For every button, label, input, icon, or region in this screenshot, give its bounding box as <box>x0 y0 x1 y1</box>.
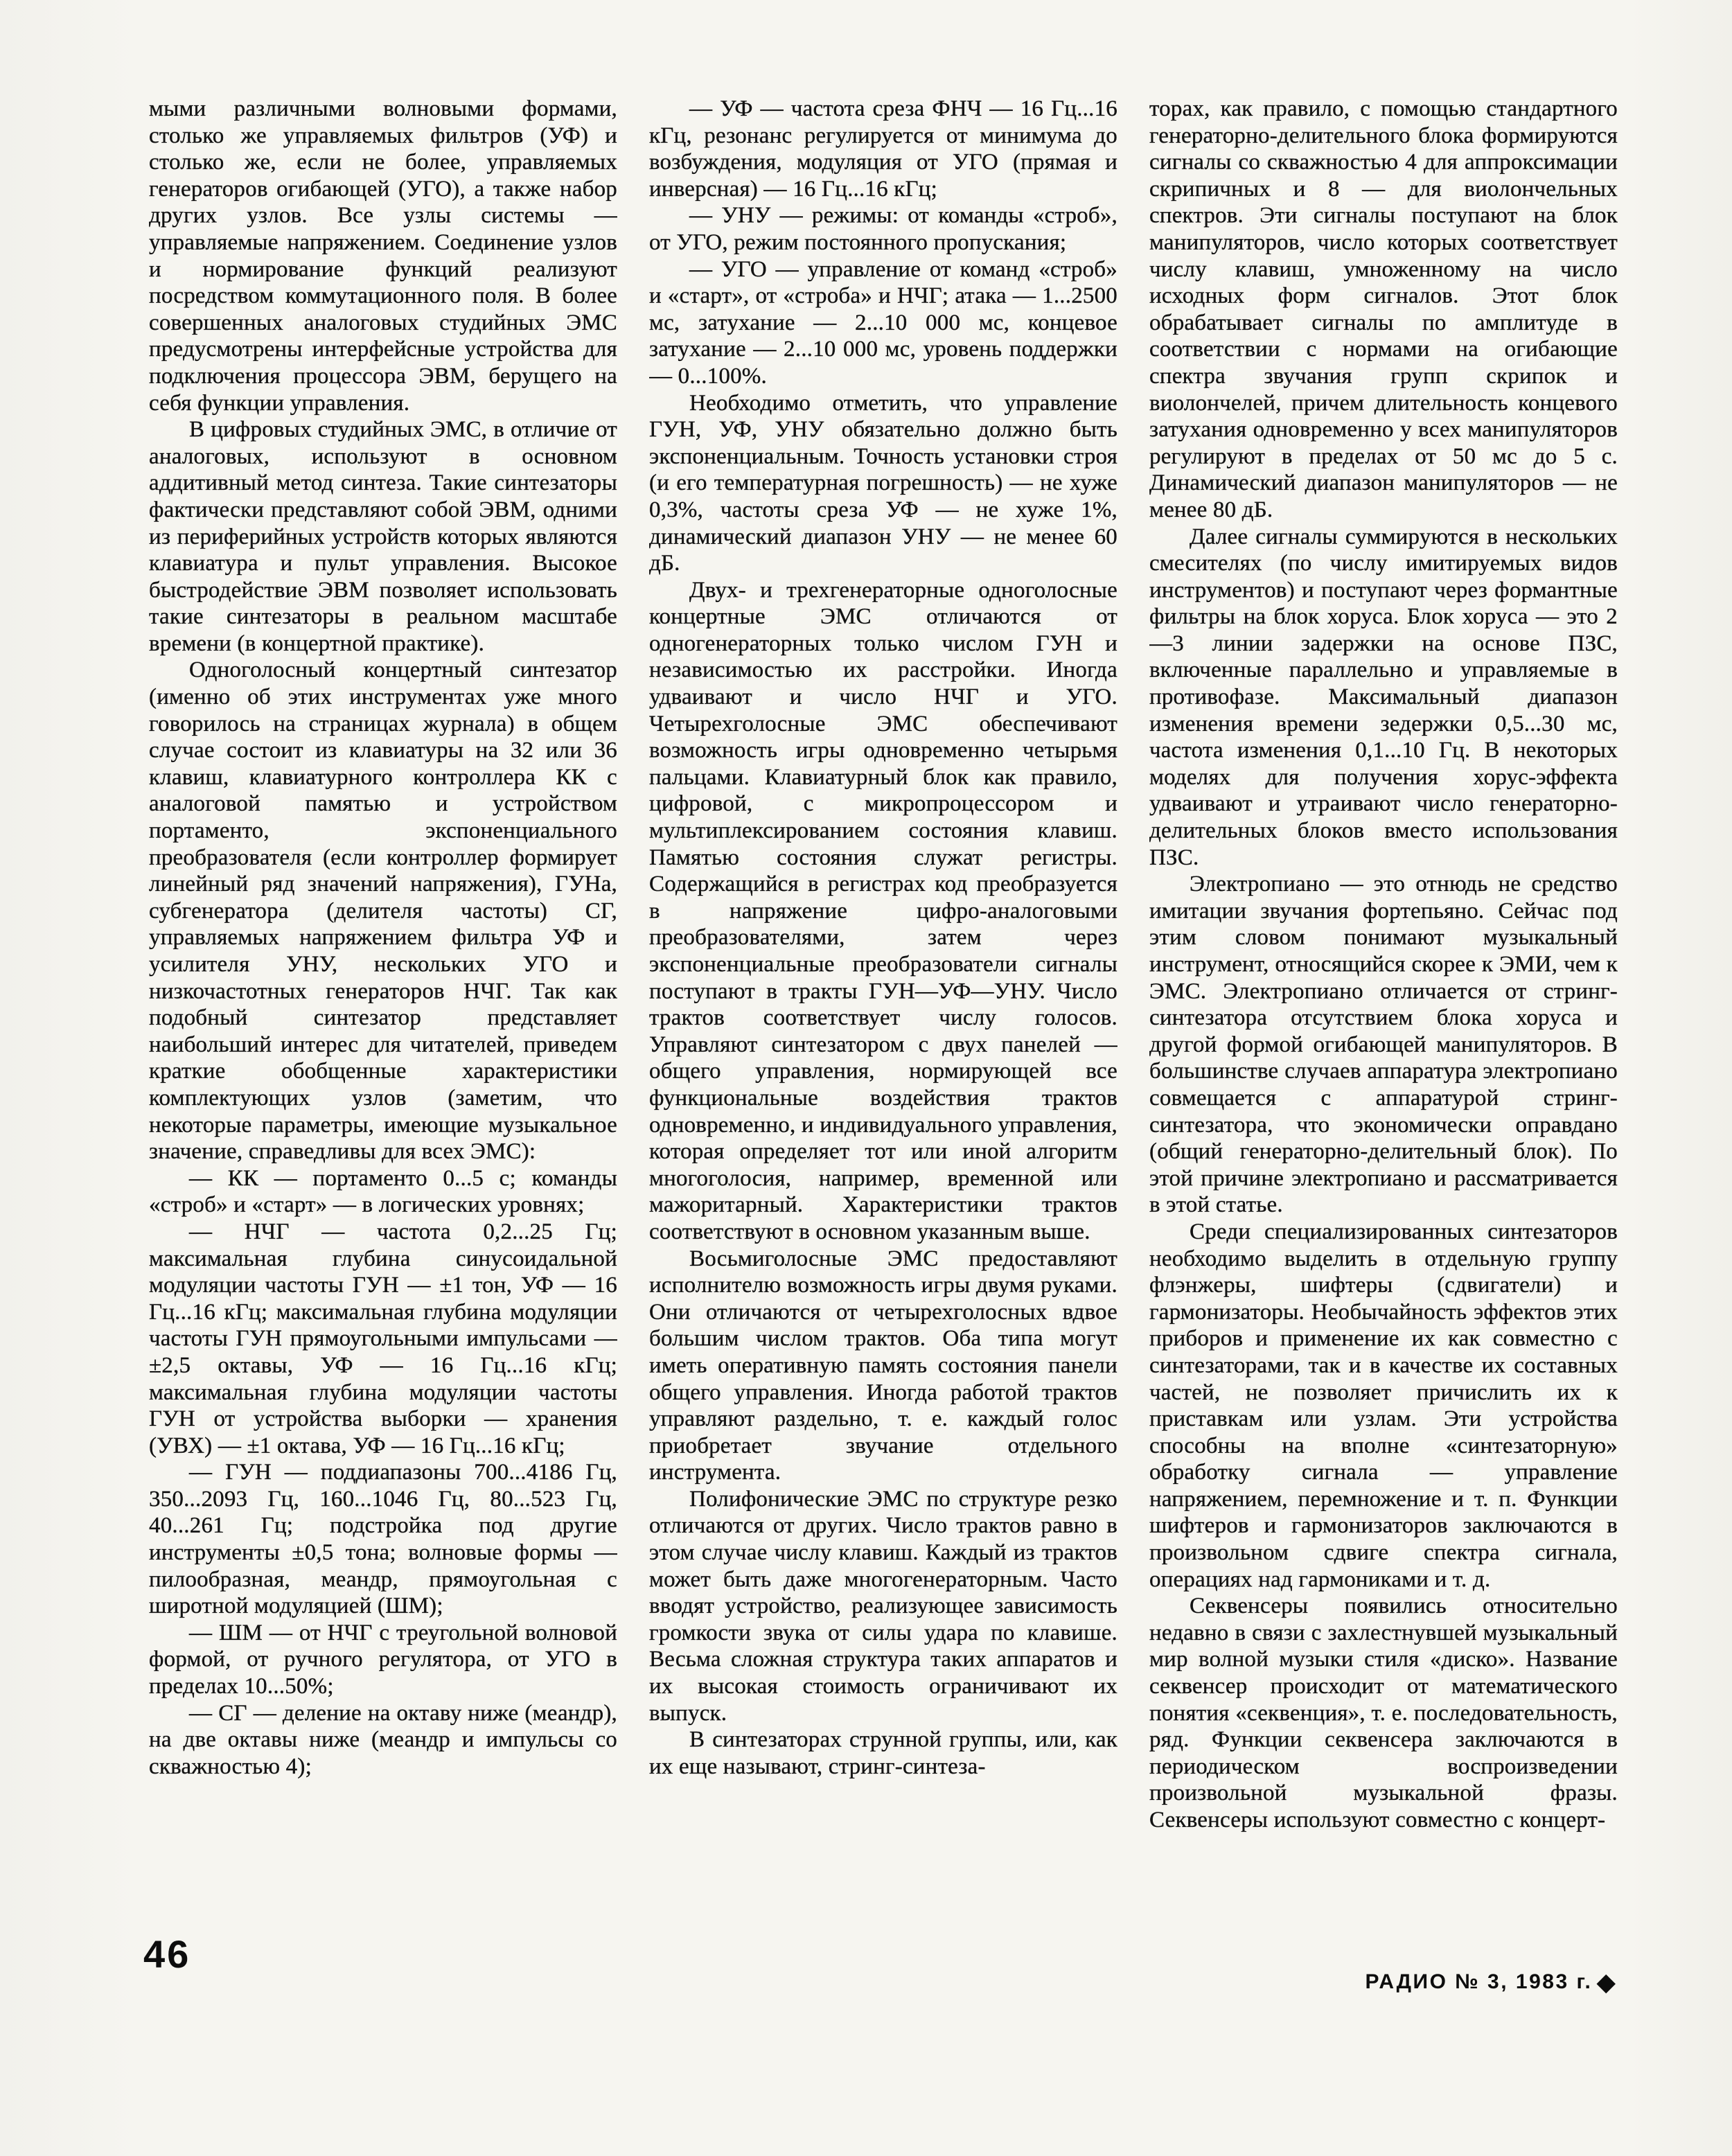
paragraph: Секвенсеры появились относительно недавн… <box>1149 1593 1618 1833</box>
article-columns: мыми различными волновыми формами, столь… <box>149 96 1618 1876</box>
paragraph: Одноголосный концертный синтезатор (имен… <box>149 657 617 1165</box>
column-1: мыми различными волновыми формами, столь… <box>149 96 617 1876</box>
journal-issue-label: РАДИО № 3, 1983 г. <box>1366 1970 1593 1993</box>
list-item-ugo: — УГО — управление от команд «строб» и «… <box>649 256 1117 390</box>
list-item-sg: — СГ — деление на октаву ниже (меандр), … <box>149 1700 617 1781</box>
list-item-uf: — УФ — частота среза ФНЧ — 16 Гц...16 кГ… <box>649 96 1117 202</box>
paragraph: Полифонические ЭМС по структуре резко от… <box>649 1486 1117 1726</box>
diamond-icon: ◆ <box>1596 1968 1616 1996</box>
column-3: торах, как правило, с помощью стандартно… <box>1149 96 1618 1876</box>
paragraph: Необходимо отметить, что управление ГУН,… <box>649 390 1117 577</box>
paragraph: В синтезаторах струнной группы, или, как… <box>649 1726 1117 1780</box>
paragraph: Среди специализированных синтезаторов не… <box>1149 1219 1618 1593</box>
paragraph: Восьмиголосные ЭМС предоставляют исполни… <box>649 1246 1117 1486</box>
column-2: — УФ — частота среза ФНЧ — 16 Гц...16 кГ… <box>649 96 1117 1876</box>
magazine-page: { "footer": { "page_number": "46", "jour… <box>0 0 1732 2156</box>
paragraph: Двух- и трехгенераторные одноголосные ко… <box>649 577 1117 1246</box>
page-number: 46 <box>143 1932 191 1977</box>
list-item-kk: — КК — портаменто 0...5 с; команды «стро… <box>149 1165 617 1219</box>
list-item-shm: — ШМ — от НЧГ с треугольной волновой фор… <box>149 1620 617 1700</box>
paragraph: мыми различными волновыми формами, столь… <box>149 96 617 416</box>
paragraph: Далее сигналы суммируются в нескольких с… <box>1149 524 1618 872</box>
paragraph: Электропиано — это отнюдь не средство им… <box>1149 871 1618 1219</box>
paragraph: В цифровых студийных ЭМС, в отличие от а… <box>149 416 617 657</box>
journal-footer: РАДИО № 3, 1983 г.◆ <box>1366 1968 1616 1997</box>
paragraph: торах, как правило, с помощью стандартно… <box>1149 96 1618 524</box>
list-item-unu: — УНУ — режимы: от команды «строб», от У… <box>649 202 1117 256</box>
list-item-nchg: — НЧГ — частота 0,2...25 Гц; максимальна… <box>149 1219 617 1459</box>
list-item-gun: — ГУН — поддиапазоны 700...4186 Гц, 350.… <box>149 1459 617 1620</box>
